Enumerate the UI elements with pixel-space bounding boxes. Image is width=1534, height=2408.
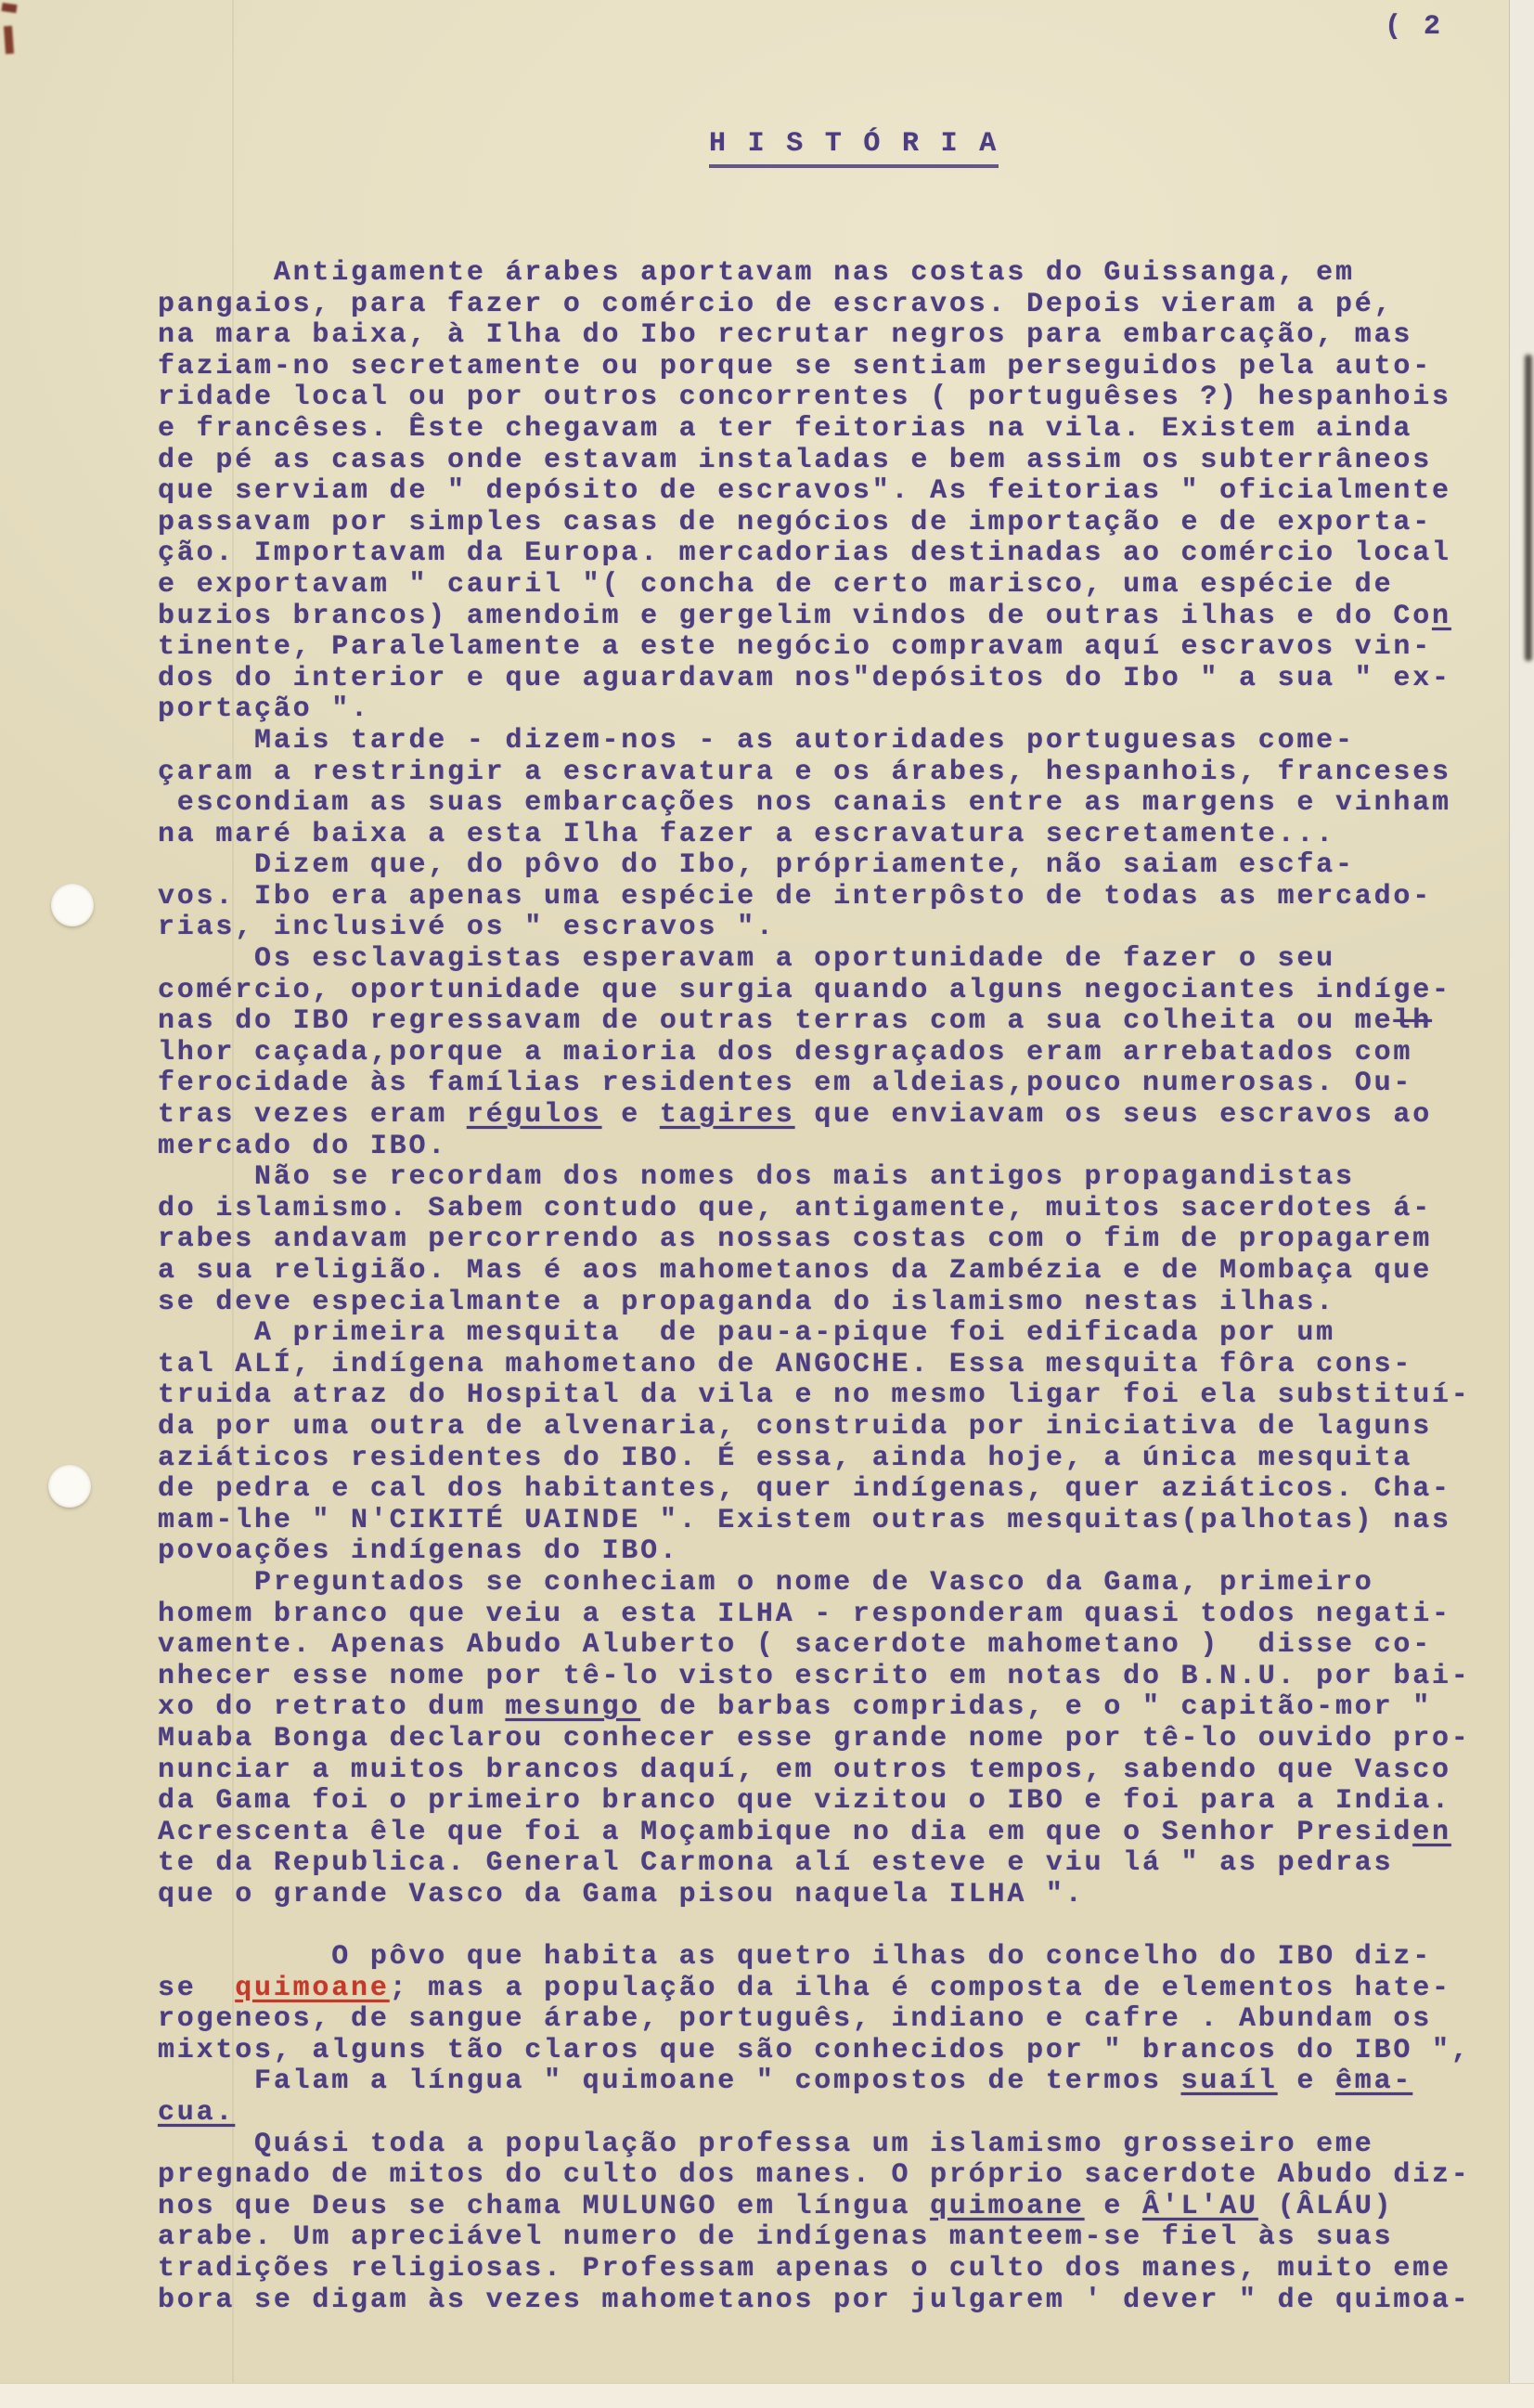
ink-smudge-top-left bbox=[4, 26, 14, 55]
text-line: xo do retrato dum mesungo de barbas comp… bbox=[158, 1692, 1513, 1724]
text-segment: lh bbox=[1393, 1005, 1432, 1037]
document-body: Antigamente árabes aportavam nas costas … bbox=[158, 258, 1513, 2316]
text-segment: Preguntados se conheciam o nome de Vasco… bbox=[158, 1567, 1374, 1599]
text-line: se deve especialmante a propaganda do is… bbox=[158, 1288, 1513, 1319]
text-segment: en bbox=[1412, 1817, 1451, 1848]
text-line: te da Republica. General Carmona alí est… bbox=[158, 1848, 1513, 1880]
text-line: nos que Deus se chama MULUNGO em língua … bbox=[158, 2192, 1513, 2223]
text-segment: que o grande Vasco da Gama pisou naquela… bbox=[158, 1879, 1085, 1910]
text-segment: rabes andavam percorrendo as nossas cost… bbox=[158, 1223, 1432, 1255]
text-line: rogeneos, de sangue árabe, português, in… bbox=[158, 2004, 1513, 2036]
text-line: passavam por simples casas de negócios d… bbox=[158, 508, 1513, 539]
text-segment: êma- bbox=[1335, 2065, 1412, 2097]
text-line: Acrescenta êle que foi a Moçambique no d… bbox=[158, 1818, 1513, 1849]
text-line: nas do IBO regressavam de outras terras … bbox=[158, 1006, 1513, 1038]
scan-shadow-right bbox=[1525, 355, 1532, 661]
text-segment: na maré baixa a esta Ilha fazer a escrav… bbox=[158, 819, 1335, 850]
text-line: dos do interior e que aguardavam nos"dep… bbox=[158, 664, 1513, 695]
text-segment: nas do IBO regressavam de outras terras … bbox=[158, 1005, 1393, 1037]
text-line: cua. bbox=[158, 2098, 1513, 2130]
text-line: mixtos, alguns tão claros que são conhec… bbox=[158, 2036, 1513, 2067]
text-segment: te da Republica. General Carmona alí est… bbox=[158, 1847, 1393, 1879]
text-line: Muaba Bonga declarou conhecer esse grand… bbox=[158, 1724, 1513, 1755]
punch-hole bbox=[51, 884, 94, 926]
scan-edge-bottom bbox=[0, 2383, 1534, 2408]
text-line: pregnado de mitos do culto dos manes. O … bbox=[158, 2160, 1513, 2192]
text-segment: ; mas a população da ilha é composta de … bbox=[390, 1973, 1451, 2004]
text-line: vamente. Apenas Abudo Aluberto ( sacerdo… bbox=[158, 1630, 1513, 1662]
text-segment: do islamismo. Sabem contudo que, antigam… bbox=[158, 1193, 1432, 1224]
text-segment: Quási toda a população professa um islam… bbox=[158, 2129, 1374, 2160]
text-segment: dos do interior e que aguardavam nos"dep… bbox=[158, 663, 1451, 694]
text-segment: tinente, Paralelamente a este negócio co… bbox=[158, 631, 1432, 663]
text-segment: Mais tarde - dizem-nos - as autoridades … bbox=[158, 725, 1355, 757]
text-line: Os esclavagistas esperavam a oportunidad… bbox=[158, 944, 1513, 976]
text-segment: e exportavam " cauril "( concha de certo… bbox=[158, 569, 1393, 601]
text-line: de pedra e cal dos habitantes, quer indí… bbox=[158, 1474, 1513, 1506]
text-segment: de barbas compridas, e o " capitão-mor " bbox=[640, 1691, 1432, 1723]
text-segment: de pedra e cal dos habitantes, quer indí… bbox=[158, 1473, 1451, 1505]
text-line: do islamismo. Sabem contudo que, antigam… bbox=[158, 1194, 1513, 1225]
text-line: buzios brancos) amendoim e gergelim vind… bbox=[158, 602, 1513, 633]
text-segment: da por uma outra de alvenaria, construid… bbox=[158, 1411, 1432, 1443]
text-line: truida atraz do Hospital da vila e no me… bbox=[158, 1380, 1513, 1412]
text-segment: quimoane bbox=[930, 2191, 1084, 2222]
text-line: tal ALÍ, indígena mahometano de ANGOCHE.… bbox=[158, 1350, 1513, 1381]
text-segment: e francêses. Êste chegavam a ter feitori… bbox=[158, 413, 1412, 445]
text-segment: O pôvo que habita as quetro ilhas do con… bbox=[158, 1941, 1432, 1973]
text-segment: cua. bbox=[158, 2097, 235, 2129]
text-segment: çaram a restringir a escravatura e os ár… bbox=[158, 757, 1451, 788]
text-segment: (ÂLÁU) bbox=[1258, 2191, 1394, 2222]
text-segment: mixtos, alguns tão claros que são conhec… bbox=[158, 2035, 1471, 2066]
text-segment: portação ". bbox=[158, 693, 370, 725]
text-segment: faziam-no secretamente ou porque se sent… bbox=[158, 351, 1432, 382]
text-segment: lhor caçada,porque a maioria dos desgraç… bbox=[158, 1037, 1412, 1068]
text-line: nunciar a muitos brancos daquí, em outro… bbox=[158, 1755, 1513, 1787]
text-segment: se bbox=[158, 1973, 235, 2004]
text-segment: e bbox=[1278, 2065, 1335, 2097]
text-segment: que serviam de " depósito de escravos". … bbox=[158, 475, 1451, 507]
text-segment: e bbox=[1085, 2191, 1142, 2222]
text-segment: mercado do IBO. bbox=[158, 1131, 447, 1162]
text-segment: régulos bbox=[467, 1099, 602, 1131]
text-segment: ridade local ou por outros concorrentes … bbox=[158, 382, 1451, 413]
text-segment: mam-lhe " N'CIKITÉ UAINDE ". Existem out… bbox=[158, 1505, 1451, 1536]
text-line: mercado do IBO. bbox=[158, 1132, 1513, 1163]
text-line: Antigamente árabes aportavam nas costas … bbox=[158, 258, 1513, 290]
text-segment: nos que Deus se chama MULUNGO em língua bbox=[158, 2191, 930, 2222]
text-segment: bora se digam às vezes mahometanos por j… bbox=[158, 2285, 1471, 2316]
text-line: lhor caçada,porque a maioria dos desgraç… bbox=[158, 1038, 1513, 1069]
text-segment: Falam a língua " quimoane " compostos de… bbox=[158, 2065, 1181, 2097]
text-line: arabe. Um apreciável numero de indígenas… bbox=[158, 2222, 1513, 2254]
text-line: povoações indígenas do IBO. bbox=[158, 1536, 1513, 1568]
text-segment: homem branco que veiu a esta ILHA - resp… bbox=[158, 1599, 1451, 1630]
text-segment: suaíl bbox=[1181, 2065, 1278, 2097]
text-line: bora se digam às vezes mahometanos por j… bbox=[158, 2285, 1513, 2317]
text-segment: escondiam as suas embarcações nos canais… bbox=[158, 787, 1451, 819]
text-line: a sua religião. Mas é aos mahometanos da… bbox=[158, 1256, 1513, 1288]
text-segment: da Gama foi o primeiro branco que vizito… bbox=[158, 1785, 1451, 1817]
text-line: e francêses. Êste chegavam a ter feitori… bbox=[158, 414, 1513, 446]
text-segment: que enviavam os seus escravos ao bbox=[795, 1099, 1433, 1131]
text-segment: Â'L'AU bbox=[1142, 2191, 1258, 2222]
text-line: portação ". bbox=[158, 694, 1513, 726]
text-line: Não se recordam dos nomes dos mais antig… bbox=[158, 1162, 1513, 1194]
text-line: nhecer esse nome por tê-lo visto escrito… bbox=[158, 1662, 1513, 1693]
text-line: e exportavam " cauril "( concha de certo… bbox=[158, 570, 1513, 602]
text-line: mam-lhe " N'CIKITÉ UAINDE ". Existem out… bbox=[158, 1506, 1513, 1537]
ink-smudge-top-left bbox=[1, 3, 17, 13]
text-segment: Antigamente árabes aportavam nas costas … bbox=[158, 257, 1355, 289]
text-line: Dizem que, do pôvo do Ibo, própriamente,… bbox=[158, 850, 1513, 882]
text-segment: Dizem que, do pôvo do Ibo, própriamente,… bbox=[158, 849, 1355, 881]
text-segment: rogeneos, de sangue árabe, português, in… bbox=[158, 2003, 1432, 2035]
text-line: tinente, Paralelamente a este negócio co… bbox=[158, 632, 1513, 664]
red-ink-word: quimoane bbox=[235, 1973, 389, 2004]
text-segment: Muaba Bonga declarou conhecer esse grand… bbox=[158, 1723, 1471, 1754]
text-line: pangaios, para fazer o comércio de escra… bbox=[158, 290, 1513, 321]
text-segment: vamente. Apenas Abudo Aluberto ( sacerdo… bbox=[158, 1629, 1432, 1661]
text-segment: ferocidade às famílias residentes em ald… bbox=[158, 1068, 1412, 1099]
text-line: homem branco que veiu a esta ILHA - resp… bbox=[158, 1599, 1513, 1631]
page-title: H I S T Ó R I A bbox=[709, 128, 999, 168]
text-line: Mais tarde - dizem-nos - as autoridades … bbox=[158, 726, 1513, 757]
text-segment: Acrescenta êle que foi a Moçambique no d… bbox=[158, 1817, 1412, 1848]
text-segment: a sua religião. Mas é aos mahometanos da… bbox=[158, 1255, 1432, 1287]
text-segment: na mara baixa, à Ilha do Ibo recrutar ne… bbox=[158, 319, 1412, 351]
text-segment: A primeira mesquita de pau-a-pique foi e… bbox=[158, 1317, 1335, 1349]
text-line: aziáticos residentes do IBO. É essa, ain… bbox=[158, 1444, 1513, 1475]
text-segment: nhecer esse nome por tê-lo visto escrito… bbox=[158, 1661, 1471, 1692]
text-line: comércio, oportunidade que surgia quando… bbox=[158, 976, 1513, 1007]
text-line: da por uma outra de alvenaria, construid… bbox=[158, 1412, 1513, 1444]
text-line: tras vezes eram régulos e tagires que en… bbox=[158, 1100, 1513, 1132]
text-line: ção. Importavam da Europa. mercadorias d… bbox=[158, 538, 1513, 570]
text-line: que serviam de " depósito de escravos". … bbox=[158, 476, 1513, 508]
text-segment: passavam por simples casas de negócios d… bbox=[158, 507, 1432, 538]
text-line: vos. Ibo era apenas uma espécie de inter… bbox=[158, 882, 1513, 913]
text-segment: pregnado de mitos do culto dos manes. O … bbox=[158, 2159, 1471, 2191]
text-line: Quási toda a população professa um islam… bbox=[158, 2130, 1513, 2161]
text-line: A primeira mesquita de pau-a-pique foi e… bbox=[158, 1318, 1513, 1350]
text-segment: povoações indígenas do IBO. bbox=[158, 1535, 679, 1567]
text-line: escondiam as suas embarcações nos canais… bbox=[158, 788, 1513, 820]
text-line: na mara baixa, à Ilha do Ibo recrutar ne… bbox=[158, 320, 1513, 352]
text-segment: comércio, oportunidade que surgia quando… bbox=[158, 975, 1451, 1006]
text-line: Falam a língua " quimoane " compostos de… bbox=[158, 2066, 1513, 2098]
text-line: se quimoane; mas a população da ilha é c… bbox=[158, 1974, 1513, 2005]
text-line: rias, inclusivé os " escravos ". bbox=[158, 913, 1513, 944]
text-segment: tradições religiosas. Professam apenas o… bbox=[158, 2253, 1451, 2285]
text-segment: vos. Ibo era apenas uma espécie de inter… bbox=[158, 881, 1432, 913]
text-segment: buzios brancos) amendoim e gergelim vind… bbox=[158, 601, 1432, 632]
text-segment: truida atraz do Hospital da vila e no me… bbox=[158, 1379, 1471, 1411]
text-line bbox=[158, 1910, 1513, 1942]
text-segment: se deve especialmante a propaganda do is… bbox=[158, 1287, 1335, 1318]
text-segment: rias, inclusivé os " escravos ". bbox=[158, 912, 776, 943]
text-line: de pé as casas onde estavam instaladas e… bbox=[158, 446, 1513, 477]
punch-hole bbox=[48, 1465, 91, 1508]
text-line: da Gama foi o primeiro branco que vizito… bbox=[158, 1786, 1513, 1818]
text-segment: mesungo bbox=[505, 1691, 640, 1723]
text-segment: e bbox=[601, 1099, 659, 1131]
text-line: ridade local ou por outros concorrentes … bbox=[158, 382, 1513, 414]
text-segment: xo do retrato dum bbox=[158, 1691, 505, 1723]
text-segment: nunciar a muitos brancos daquí, em outro… bbox=[158, 1754, 1451, 1786]
text-segment: pangaios, para fazer o comércio de escra… bbox=[158, 289, 1393, 320]
text-line: Preguntados se conheciam o nome de Vasco… bbox=[158, 1568, 1513, 1599]
page-number: ( 2 bbox=[1385, 11, 1443, 43]
text-segment: tagires bbox=[660, 1099, 795, 1131]
text-line: faziam-no secretamente ou porque se sent… bbox=[158, 352, 1513, 383]
text-line: çaram a restringir a escravatura e os ár… bbox=[158, 757, 1513, 789]
text-segment: Não se recordam dos nomes dos mais antig… bbox=[158, 1161, 1355, 1193]
text-line: na maré baixa a esta Ilha fazer a escrav… bbox=[158, 820, 1513, 851]
text-line: ferocidade às famílias residentes em ald… bbox=[158, 1068, 1513, 1100]
text-segment: aziáticos residentes do IBO. É essa, ain… bbox=[158, 1443, 1412, 1474]
text-line: tradições religiosas. Professam apenas o… bbox=[158, 2254, 1513, 2285]
text-segment: arabe. Um apreciável numero de indígenas… bbox=[158, 2221, 1393, 2253]
text-segment: tal ALÍ, indígena mahometano de ANGOCHE.… bbox=[158, 1349, 1412, 1380]
text-segment: ção. Importavam da Europa. mercadorias d… bbox=[158, 537, 1451, 569]
scanned-document-page: ( 2 H I S T Ó R I A Antigamente árabes a… bbox=[0, 0, 1534, 2408]
text-segment: de pé as casas onde estavam instaladas e… bbox=[158, 445, 1432, 476]
text-line: que o grande Vasco da Gama pisou naquela… bbox=[158, 1880, 1513, 1911]
text-line: rabes andavam percorrendo as nossas cost… bbox=[158, 1224, 1513, 1256]
text-segment: Os esclavagistas esperavam a oportunidad… bbox=[158, 943, 1335, 975]
text-segment: n bbox=[1432, 601, 1451, 632]
text-segment: tras vezes eram bbox=[158, 1099, 467, 1131]
text-line: O pôvo que habita as quetro ilhas do con… bbox=[158, 1942, 1513, 1974]
